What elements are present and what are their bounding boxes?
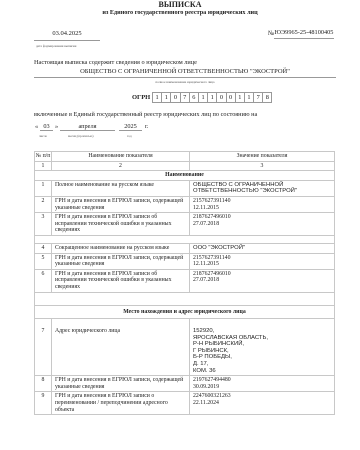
row-name: ГРН и дата внесения в ЕГРЮЛ записи о пер… <box>52 392 190 415</box>
ogrn-digit: 1 <box>245 92 254 103</box>
table-header-row: № п/п Наименование показателя Значение п… <box>35 152 335 162</box>
year-caption: год <box>127 134 132 138</box>
ogrn-digit: 0 <box>171 92 180 103</box>
row-number: 9 <box>35 392 52 415</box>
row-value: 2157627391140 12.11.2015 <box>190 253 335 269</box>
table-row: 5 ГРН и дата внесения в ЕГРЮЛ записи, со… <box>35 253 335 269</box>
section-title: Наименование <box>35 171 335 181</box>
table-header-numbers-row: 1 2 3 <box>35 161 335 171</box>
ogrn-digit: 1 <box>162 92 171 103</box>
row-spacer <box>35 235 335 243</box>
col-number-1: 1 <box>35 161 52 171</box>
state-day: 03 <box>40 123 53 131</box>
row-name: ГРН и дата внесения в ЕГРЮЛ записи, соде… <box>52 376 190 392</box>
ogrn-digit: 1 <box>152 92 162 103</box>
table-row: 6 ГРН и дата внесения в ЕГРЮЛ записи об … <box>35 269 335 292</box>
table-row: 9 ГРН и дата внесения в ЕГРЮЛ записи о п… <box>35 392 335 415</box>
state-year: 2025 <box>119 123 142 131</box>
ogrn-digits: 1 1 0 7 6 1 1 0 0 1 1 7 8 <box>152 92 272 103</box>
row-name: ГРН и дата внесения в ЕГРЮЛ записи, соде… <box>52 253 190 269</box>
ogrn-label: ОГРН <box>132 94 150 101</box>
col-header-value: Значение показателя <box>190 152 335 162</box>
row-number: 3 <box>35 213 52 236</box>
intro-text: Настоящая выписка содержит сведения о юр… <box>34 59 197 66</box>
ogrn-digit: 6 <box>190 92 199 103</box>
row-number: 5 <box>35 253 52 269</box>
ogrn-digit: 1 <box>199 92 208 103</box>
row-value: 2187627496010 27.07.2018 <box>190 213 335 236</box>
row-name: ГРН и дата внесения в ЕГРЮЛ записи об ис… <box>52 213 190 236</box>
document-subtitle: из Единого государственного реестра юрид… <box>0 9 360 17</box>
section-title: Место нахождения и адрес юридического ли… <box>35 305 335 319</box>
row-value: 2187627496010 27.07.2018 <box>190 269 335 292</box>
month-caption: месяц (прописью) <box>68 134 93 138</box>
spacer-cell <box>35 235 335 243</box>
table-row: 8 ГРН и дата внесения в ЕГРЮЛ записи, со… <box>35 376 335 392</box>
table-row: 7 Адрес юридического лица 152920, ЯРОСЛА… <box>35 319 335 376</box>
row-number: 2 <box>35 196 52 212</box>
row-value: 152920, ЯРОСЛАВСКАЯ ОБЛАСТЬ, Р-Н РЫБИНСК… <box>190 319 335 376</box>
document-title: ВЫПИСКА <box>0 0 360 9</box>
org-name-caption: полное наименование юридического лица <box>34 80 336 84</box>
col-number-3: 3 <box>190 161 335 171</box>
table-row: 3 ГРН и дата внесения в ЕГРЮЛ записи об … <box>35 213 335 236</box>
section-header: Наименование <box>35 171 335 181</box>
extract-date-caption: дата формирования выписки <box>36 44 76 48</box>
ogrn-digit: 0 <box>227 92 236 103</box>
row-number: 1 <box>35 180 52 196</box>
row-name: Адрес юридического лица <box>52 319 190 376</box>
row-value: 2247600321263 22.11.2024 <box>190 392 335 415</box>
spacer-cell <box>35 292 335 305</box>
col-header-number: № п/п <box>35 152 52 162</box>
row-number: 8 <box>35 376 52 392</box>
table-row: 1 Полное наименование на русском языке О… <box>35 180 335 196</box>
row-number: 7 <box>35 319 52 376</box>
section-header: Место нахождения и адрес юридического ли… <box>35 305 335 319</box>
ogrn-digit: 7 <box>254 92 263 103</box>
col-header-name: Наименование показателя <box>52 152 190 162</box>
day-open-quote: « <box>35 123 38 130</box>
col-number-2: 2 <box>52 161 190 171</box>
year-suffix: г. <box>145 123 148 130</box>
table-row: 2 ГРН и дата внесения в ЕГРЮЛ записи, со… <box>35 196 335 212</box>
row-value: 2197627494480 30.09.2019 <box>190 376 335 392</box>
ogrn-digit: 7 <box>181 92 190 103</box>
row-value: ОБЩЕСТВО С ОГРАНИЧЕННОЙ ОТВЕТСТВЕННОСТЬЮ… <box>190 180 335 196</box>
state-month: апреля <box>60 123 115 131</box>
row-value: 2157627391140 12.11.2015 <box>190 196 335 212</box>
row-number: 6 <box>35 269 52 292</box>
row-number: 4 <box>35 243 52 253</box>
day-caption: число <box>39 134 47 138</box>
table-row: 4 Сокращенное наименование на русском яз… <box>35 243 335 253</box>
row-name: ГРН и дата внесения в ЕГРЮЛ записи об ис… <box>52 269 190 292</box>
row-name: Сокращенное наименование на русском язык… <box>52 243 190 253</box>
org-full-name: ОБЩЕСТВО С ОГРАНИЧЕННОЙ ОТВЕТСТВЕННОСТЬЮ… <box>34 68 336 78</box>
included-text: включенные в Единый государственный реес… <box>34 111 257 118</box>
row-value: ООО "ЭКОСТРОЙ" <box>190 243 335 253</box>
register-table: № п/п Наименование показателя Значение п… <box>34 151 335 415</box>
extract-date: 03.04.2025 <box>34 30 100 41</box>
ogrn-digit: 1 <box>236 92 245 103</box>
row-name: Полное наименование на русском языке <box>52 180 190 196</box>
row-spacer <box>35 292 335 305</box>
day-close-quote: » <box>55 123 58 130</box>
extract-number: ЮЭ9965-25-48100405 <box>274 29 334 39</box>
ogrn-digit: 1 <box>208 92 217 103</box>
ogrn-digit: 8 <box>263 92 272 103</box>
ogrn-digit: 0 <box>217 92 226 103</box>
row-name: ГРН и дата внесения в ЕГРЮЛ записи, соде… <box>52 196 190 212</box>
